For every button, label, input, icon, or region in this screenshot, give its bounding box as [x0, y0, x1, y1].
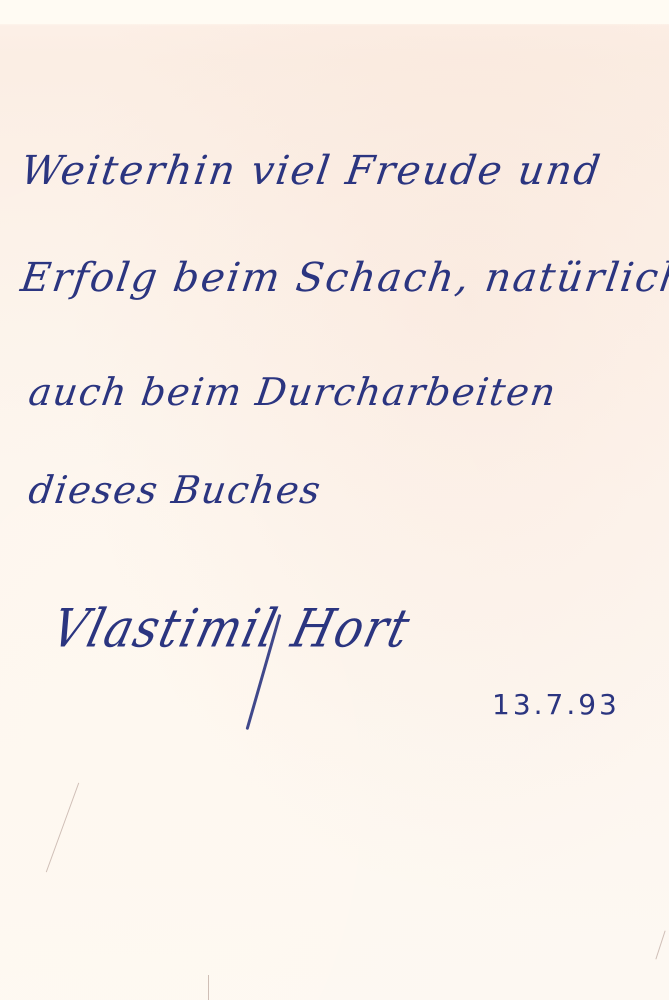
- paper-scratch-mark: [655, 931, 665, 960]
- paper-scratch-mark: [46, 783, 79, 873]
- dedication-line-1: Weiterhin viel Freude und: [18, 148, 605, 194]
- paper-scratch-mark: [208, 975, 209, 1000]
- dedication-line-3: auch beim Durcharbeiten: [26, 370, 560, 414]
- dedication-line-2: Erfolg beim Schach, natürlich: [18, 255, 669, 301]
- dedication-date: 13.7.93: [492, 688, 620, 721]
- dedication-line-4: dieses Buches: [26, 468, 324, 512]
- signature: Vlastimil Hort: [46, 597, 418, 659]
- paper-page: Weiterhin viel Freude und Erfolg beim Sc…: [0, 0, 669, 1000]
- page-top-edge: [0, 0, 669, 24]
